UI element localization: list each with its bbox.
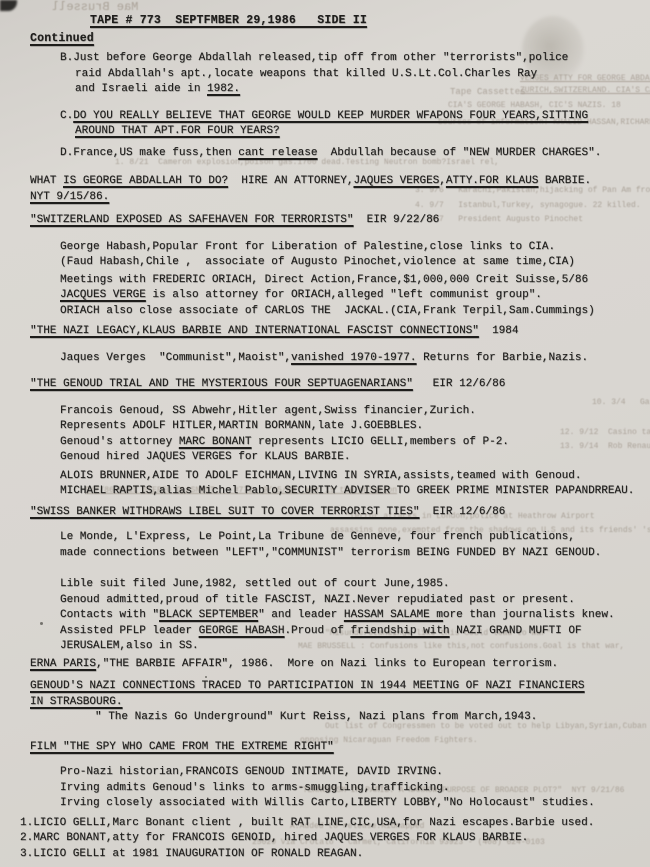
text-segment: 3.LICIO GELLI at 1981 INAUGURATION OF RO… <box>20 848 363 860</box>
doc-line: Contacts with "BLACK SEPTEMBER" and lead… <box>60 608 650 624</box>
text-segment: Abdullah because of "NEW MURDER CHARGES"… <box>317 147 601 159</box>
underlined-text: NYT 9/15/86. <box>30 191 109 203</box>
doc-line: AROUND THAT APT.FOR FOUR YEARS? <box>60 124 650 140</box>
underlined-text: IS GEORGE ABDALLAH TO DO? <box>63 175 228 187</box>
text-segment: ORIACH also close associate of CARLOS TH… <box>60 305 595 317</box>
doc-line: Irving closely associated with Willis Ca… <box>60 796 650 812</box>
doc-line: "SWITZERLAND EXPOSED AS SAFEHAVEN FOR TE… <box>30 213 650 229</box>
underlined-text: "THE NAZI LEGACY,KLAUS BARBIE AND INTERN… <box>30 325 479 337</box>
underlined-text: HASSAM SALAME m <box>344 609 443 621</box>
text-segment: " and leader <box>258 609 344 621</box>
doc-line: Genoud hired JAQUES VERGES for KLAUS BAR… <box>60 450 650 466</box>
typed-document: TAPE # 773 SEPTFMBER 29,1986 SIDE IICont… <box>0 0 650 867</box>
text-segment: Contacts with " <box>60 609 159 621</box>
underlined-text: AROUND THAT APT.FOR FOUR YEARS? <box>75 125 280 137</box>
text-segment: ALOIS BRUNNER,AIDE TO ADOLF EICHMAN,LIVI… <box>60 470 582 482</box>
doc-line: Continued <box>30 31 650 47</box>
text-segment: is also attorney for ORIACH,alleged "lef… <box>146 289 542 301</box>
underlined-text: TAPE # 773 SEPTFMBER 29,1986 SIDE II <box>90 14 367 27</box>
doc-line: C.DO YOU REALLY BELIEVE THAT GEORGE WOUL… <box>60 109 650 125</box>
text-segment: B.Just before George Abdallah released,t… <box>60 52 568 64</box>
brunner-para: ALOIS BRUNNER,AIDE TO ADOLF EICHMAN,LIVI… <box>60 469 650 500</box>
doc-line: 3.LICIO GELLI at 1981 INAUGURATION OF RO… <box>20 847 650 863</box>
text-segment: 2.MARC BONANT,atty for FRANCOIS GENOID, … <box>20 832 528 844</box>
text-segment: Pro-Nazi historian,FRANCOIS GENOUD INTIM… <box>60 766 443 778</box>
text-segment: represents LICIO GELLI,members of P-2. <box>251 436 508 448</box>
film-headline: FILM "THE SPY WHO CAME FROM THE EXTREME … <box>30 740 650 756</box>
text-segment: NAZI GRAND MUFTI OF <box>450 625 582 637</box>
doc-line: Assisted PFLP leader GEORGE HABASH.Proud… <box>60 624 650 640</box>
text-segment: Francois Genoud, SS Abwehr,Hitler agent,… <box>60 405 476 417</box>
text-segment: ,"THE BARBIE AFFAIR", 1986. More on Nazi… <box>96 658 558 670</box>
text-segment: George Habash,Popular Front for Liberati… <box>60 241 555 253</box>
doc-line: and Israeli aide in 1982. <box>60 82 650 98</box>
doc-line: Jaques Verges "Communist",Maoist",vanish… <box>60 351 650 367</box>
text-segment: Represents ADOLF HITLER,MARTIN BORMANN,l… <box>60 420 423 432</box>
doc-line: George Habash,Popular Front for Liberati… <box>60 240 650 256</box>
doc-line: Francois Genoud, SS Abwehr,Hitler agent,… <box>60 404 650 420</box>
doc-line: Genoud admitted,proud of title FASCIST, … <box>60 593 650 609</box>
doc-line: GENOUD'S NAZI CONNECTIONS TRACED TO PART… <box>30 679 650 695</box>
underlined-text: MARC BONANT <box>179 436 252 448</box>
lemonde-para: Le Monde, L'Express, Le Point,La Tribune… <box>60 530 650 561</box>
underlined-text: FILM "THE SPY WHO CAME FROM THE EXTREME … <box>30 741 334 753</box>
text-segment: , <box>439 175 446 187</box>
doc-line: ERNA PARIS,"THE BARBIE AFFAIR", 1986. Mo… <box>30 657 650 673</box>
underlined-text: Continued <box>30 32 94 45</box>
underlined-text: vanished 1970-1977. <box>291 352 416 364</box>
doc-line: NYT 9/15/86. <box>30 190 650 206</box>
doc-line: WHAT IS GEORGE ABDALLAH TO DO? HIRE AN A… <box>30 174 650 190</box>
text-segment: C. <box>60 110 73 122</box>
point-b: B.Just before George Abdallah released,t… <box>60 51 650 98</box>
text-segment: EIR 9/22/86 <box>353 214 439 226</box>
headline-swiss-banker: "SWISS BANKER WITHDRAWS LIBEL SUIT TO CO… <box>30 505 650 521</box>
doc-line: (Faud Habash,Chile , associate of August… <box>60 255 650 271</box>
underlined-text: "SWISS BANKER WITHDRAWS LIBEL SUIT TO CO… <box>30 506 419 518</box>
verges-para: Jaques Verges "Communist",Maoist",vanish… <box>60 351 650 367</box>
text-segment: Jaques Verges "Communist",Maoist", <box>60 352 291 364</box>
text-segment: Returns for Barbie,Nazis. <box>416 352 588 364</box>
headline-nazi-legacy: "THE NAZI LEGACY,KLAUS BARBIE AND INTERN… <box>30 324 650 340</box>
headline-switzerland: "SWITZERLAND EXPOSED AS SAFEHAVEN FOR TE… <box>30 213 650 229</box>
what-abdallah: WHAT IS GEORGE ABDALLAH TO DO? HIRE AN A… <box>30 174 650 205</box>
doc-line: Irving admits Genoud's links to arms-smu… <box>60 781 650 797</box>
text-segment: (Faud Habash,Chile , associate of August… <box>60 256 575 268</box>
doc-line: " The Nazis Go Underground" Kurt Reiss, … <box>30 710 650 726</box>
underlined-text: ATTY.FOR KLAUS <box>446 175 538 187</box>
scanned-page: Mae BrussellVERGES ATTY FOR GEORGE ABDAL… <box>0 0 650 867</box>
doc-line: "SWISS BANKER WITHDRAWS LIBEL SUIT TO CO… <box>30 505 650 521</box>
doc-line: Genoud's attorney MARC BONANT represents… <box>60 435 650 451</box>
oriach-para: Meetings with FREDERIC ORIACH, Direct Ac… <box>60 273 650 320</box>
doc-line: made connections between "LEFT","COMMUNI… <box>60 546 650 562</box>
genoud-para: Francois Genoud, SS Abwehr,Hitler agent,… <box>60 404 650 466</box>
doc-line: Represents ADOLF HITLER,MARTIN BORMANN,l… <box>60 419 650 435</box>
doc-line: "THE NAZI LEGACY,KLAUS BARBIE AND INTERN… <box>30 324 650 340</box>
underlined-text: "THE GENOUD TRIAL AND THE MYSTERIOUS FOU… <box>30 378 413 390</box>
doc-line: Le Monde, L'Express, Le Point,La Tribune… <box>60 530 650 546</box>
doc-line: FILM "THE SPY WHO CAME FROM THE EXTREME … <box>30 740 650 756</box>
doc-line: 2.MARC BONANT,atty for FRANCOIS GENOID, … <box>20 831 650 847</box>
doc-line: ALOIS BRUNNER,AIDE TO ADOLF EICHMAN,LIVI… <box>60 469 650 485</box>
doc-line: IN STRASBOURG. <box>30 695 650 711</box>
underlined-text: 1982. <box>207 83 240 95</box>
underlined-text: DO YOU REALLY BELIEVE THAT GEORGE WOULD … <box>73 110 588 122</box>
tape-title: TAPE # 773 SEPTFMBER 29,1986 SIDE II <box>90 13 650 29</box>
underlined-text: "SWITZERLAND EXPOSED AS SAFEHAVEN FOR TE… <box>30 214 353 226</box>
doc-line: Lible suit filed June,1982, settled out … <box>60 577 650 593</box>
point-d: D.France,US make fuss,then cant release … <box>60 146 650 162</box>
doc-line: "THE GENOUD TRIAL AND THE MYSTERIOUS FOU… <box>30 377 650 393</box>
text-segment: Genoud hired JAQUES VERGES for KLAUS BAR… <box>60 451 350 463</box>
doc-line: 1.LICIO GELLI,Marc Bonant client , built… <box>20 816 650 832</box>
underlined-text: cant release <box>238 147 317 159</box>
text-segment: Assisted PFLP leader <box>60 625 199 637</box>
genoud-connections-headline: GENOUD'S NAZI CONNECTIONS TRACED TO PART… <box>30 679 650 726</box>
doc-line: Meetings with FREDERIC ORIACH, Direct Ac… <box>60 273 650 289</box>
irving-para: Pro-Nazi historian,FRANCOIS GENOUD INTIM… <box>60 765 650 812</box>
underlined-text: friendship with <box>350 625 449 637</box>
doc-line: JERUSALEM,also in SS. <box>60 639 650 655</box>
doc-line: TAPE # 773 SEPTFMBER 29,1986 SIDE II <box>90 13 650 29</box>
text-segment: Genoud admitted,proud of title FASCIST, … <box>60 594 575 606</box>
text-segment: raid Abdallah's apt.,locate weapons that… <box>75 68 537 80</box>
text-segment: Irving admits Genoud's links to arms-smu… <box>60 782 449 794</box>
text-segment: D.France,US make fuss,then <box>60 147 238 159</box>
numbered-list: 1.LICIO GELLI,Marc Bonant client , built… <box>20 816 650 863</box>
underlined-text: JACQUES VERGE <box>60 289 146 301</box>
text-segment: made connections between "LEFT","COMMUNI… <box>60 547 601 559</box>
text-segment: Genoud's attorney <box>60 436 179 448</box>
doc-line: Pro-Nazi historian,FRANCOIS GENOUD INTIM… <box>60 765 650 781</box>
libel-para: Lible suit filed June,1982, settled out … <box>60 577 650 655</box>
text-segment: EIR 12/6/86 <box>419 506 505 518</box>
text-segment: EIR 12/6/86 <box>413 378 505 390</box>
headline-genoud-trial: "THE GENOUD TRIAL AND THE MYSTERIOUS FOU… <box>30 377 650 393</box>
text-segment: Lible suit filed June,1982, settled out … <box>60 578 449 590</box>
text-segment: " The Nazis Go Underground" Kurt Reiss, … <box>95 711 537 723</box>
text-segment: Le Monde, L'Express, Le Point,La Tribune… <box>60 531 575 543</box>
underlined-text: BLACK SEPTEMBER <box>159 609 258 621</box>
point-c: C.DO YOU REALLY BELIEVE THAT GEORGE WOUL… <box>60 109 650 140</box>
text-segment: WHAT <box>30 175 63 187</box>
underlined-text: JAQUES VERGES <box>353 175 439 187</box>
text-segment: Irving closely associated with Willis Ca… <box>60 797 595 809</box>
doc-line: D.France,US make fuss,then cant release … <box>60 146 650 162</box>
underlined-text: IN STRASBOURG. <box>30 696 122 708</box>
habash-para: George Habash,Popular Front for Liberati… <box>60 240 650 271</box>
text-segment: BARBIE. <box>538 175 591 187</box>
doc-line: B.Just before George Abdallah released,t… <box>60 51 650 67</box>
continued-label: Continued <box>30 31 650 47</box>
doc-line: JACQUES VERGE is also attorney for ORIAC… <box>60 288 650 304</box>
underlined-text: ERNA PARIS <box>30 658 96 670</box>
text-segment: 1.LICIO GELLI,Marc Bonant client , built… <box>20 817 594 829</box>
text-segment: ore than journalists knew. <box>443 609 615 621</box>
doc-line: ORIACH also close associate of CARLOS TH… <box>60 304 650 320</box>
erna-paris-line: ERNA PARIS,"THE BARBIE AFFAIR", 1986. Mo… <box>30 657 650 673</box>
text-segment: HIRE AN ATTORNEY, <box>228 175 353 187</box>
underlined-text: GENOUD'S NAZI CONNECTIONS TRACED TO PART… <box>30 680 585 692</box>
text-segment: .Proud of <box>284 625 350 637</box>
text-segment: Meetings with FREDERIC ORIACH, Direct Ac… <box>60 274 588 286</box>
underlined-text: GEORGE HABASH <box>199 625 285 637</box>
text-segment: MICHAEL RAPTIS,alias Michel Pablo,SECURI… <box>60 485 634 497</box>
text-segment: 1984 <box>479 325 519 337</box>
doc-line: MICHAEL RAPTIS,alias Michel Pablo,SECURI… <box>60 484 650 500</box>
text-segment: and Israeli aide in <box>75 83 207 95</box>
text-segment: JERUSALEM,also in SS. <box>60 640 199 652</box>
doc-line: raid Abdallah's apt.,locate weapons that… <box>60 67 650 83</box>
